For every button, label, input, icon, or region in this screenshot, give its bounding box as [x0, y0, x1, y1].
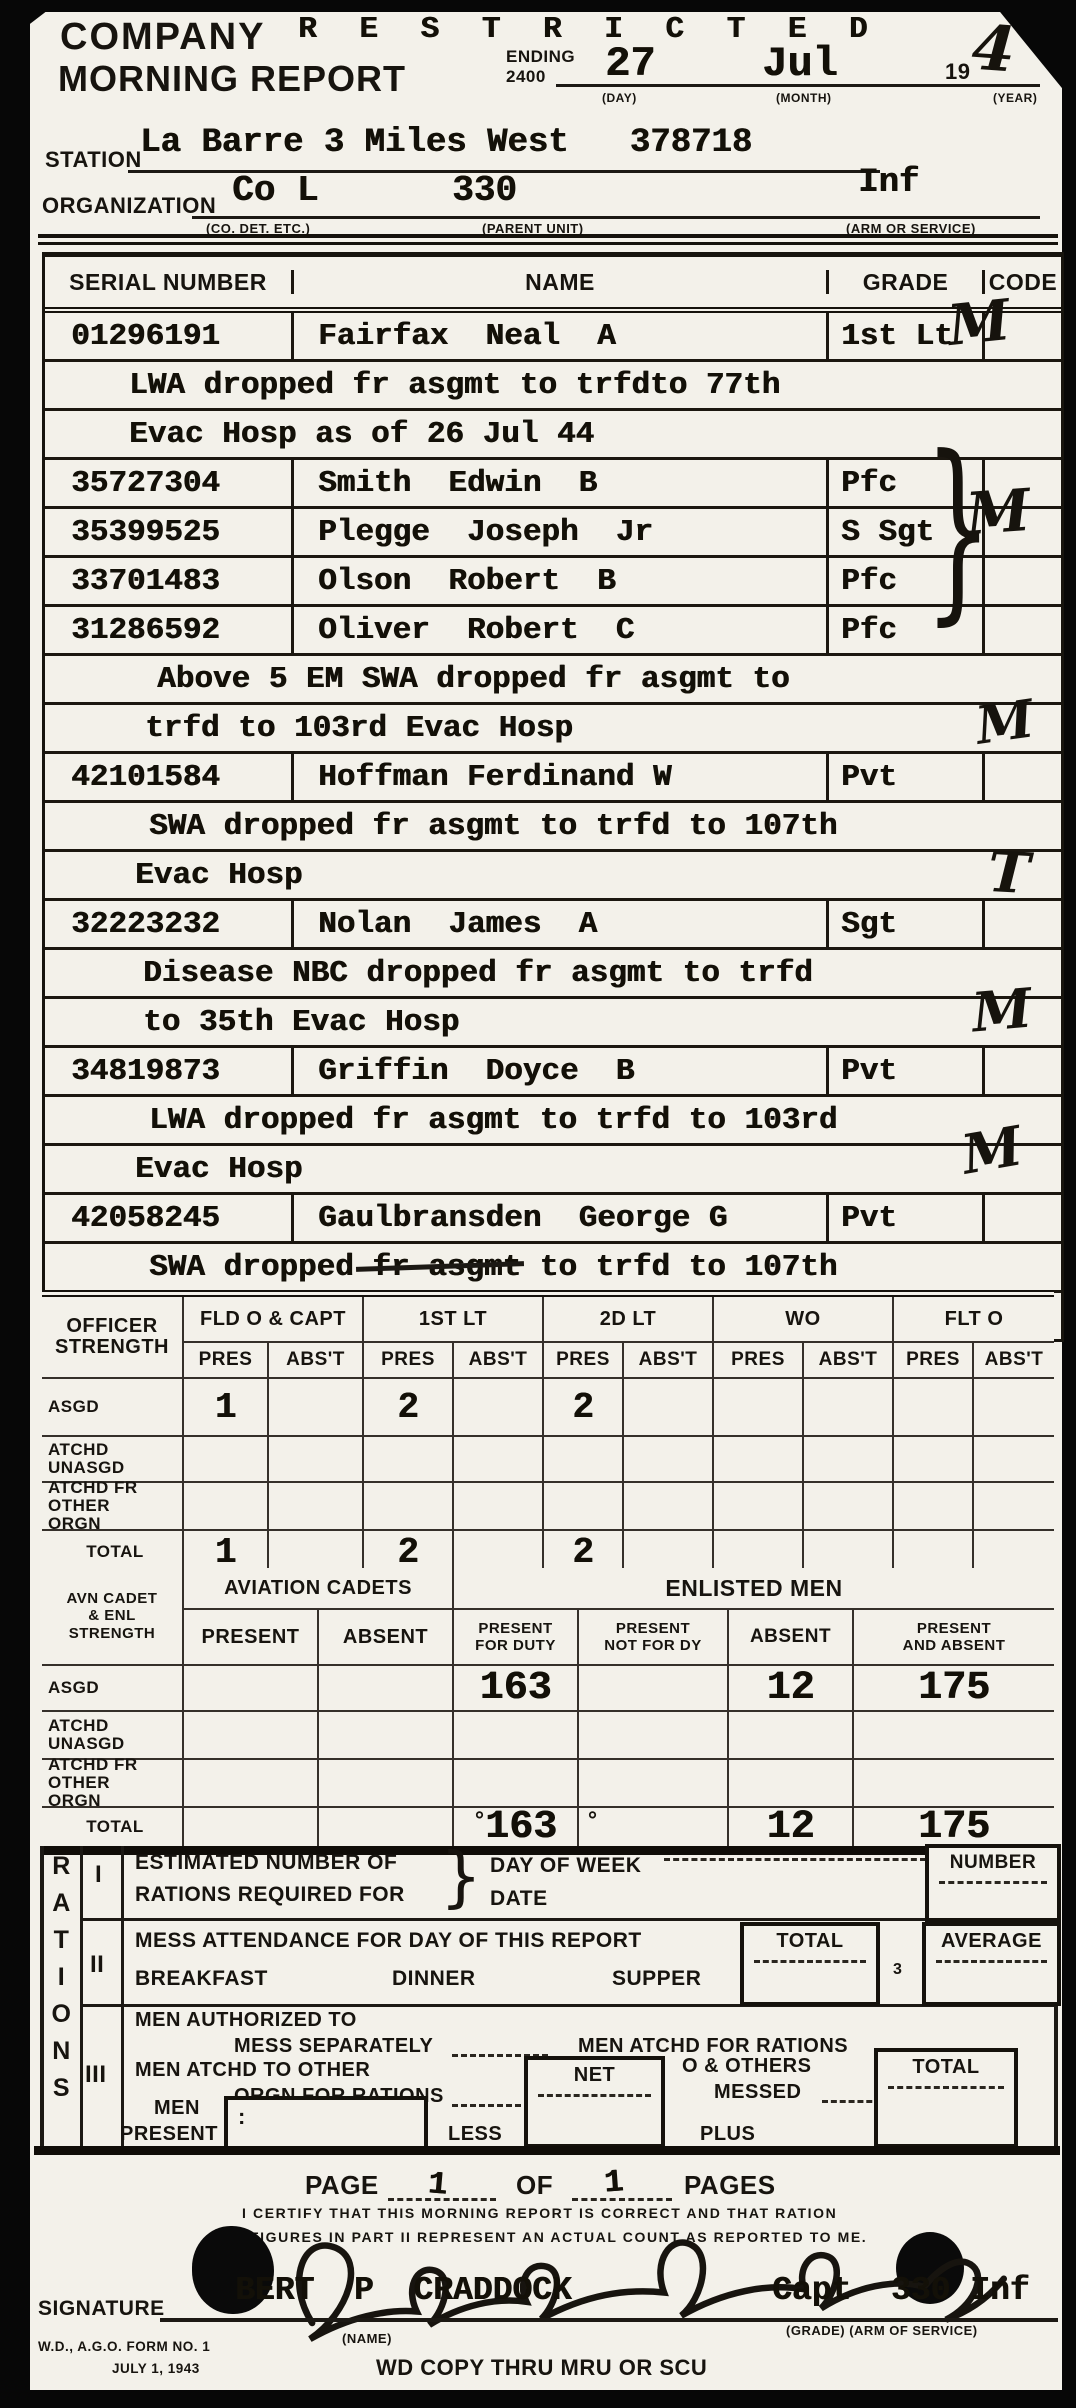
- men-authorized-label: MEN AUTHORIZED TO: [135, 2010, 357, 2031]
- asgd-present-for-duty: 163: [452, 1664, 577, 1710]
- day-of-week-blank: [664, 1858, 926, 1861]
- roster-continuation-row: LWA dropped fr asgmt to trfdto 77th: [45, 362, 1061, 411]
- roster-continuation-row: Above 5 EM SWA dropped fr asgmt to: [45, 656, 1061, 705]
- year-prefix: 19: [945, 60, 970, 83]
- empty-cell: [972, 1377, 1054, 1435]
- empty-cell: [852, 1710, 1054, 1758]
- name-value: Plegge Joseph Jr: [294, 515, 653, 550]
- estimated-rations-label2: RATIONS REQUIRED FOR: [135, 1884, 405, 1906]
- rations-strip-divider: [80, 1846, 83, 2152]
- group-2d-lt: 2D LT: [542, 1297, 712, 1341]
- roster-continuation-row: LWA dropped fr asgmt to trfd to 103rd: [45, 1097, 1061, 1146]
- empty-cell: [622, 1435, 712, 1481]
- signed-name-typed: BERT P CRADDOCK: [235, 2272, 572, 2309]
- name-value: Nolan James A: [294, 907, 597, 942]
- less-label: LESS: [448, 2124, 502, 2145]
- roster-continuation-row: trfd to 103rd Evac Hosp: [45, 705, 1061, 754]
- morning-report-scan: COMPANY MORNING REPORT R E S T R I C T E…: [0, 0, 1076, 2408]
- rations-brace: }: [440, 1838, 482, 1915]
- empty-cell: [712, 1481, 802, 1529]
- rations-left-border: [40, 1846, 44, 2152]
- empty-cell: [892, 1481, 972, 1529]
- grade-value: Sgt: [829, 907, 897, 942]
- row-label-asgd: ASGD: [42, 1664, 182, 1710]
- name-value: Hoffman Ferdinand W: [294, 760, 671, 795]
- serial-value: 42058245: [45, 1201, 220, 1236]
- roster-row: 35727304 Smith Edwin B Pfc: [45, 460, 1061, 509]
- station-label: STATION: [45, 148, 142, 171]
- group-1st-lt: 1ST LT: [362, 1297, 542, 1341]
- empty-cell: [622, 1377, 712, 1435]
- grade-value: Pfc: [829, 466, 897, 501]
- empty-cell: [802, 1529, 892, 1573]
- empty-cell: [317, 1806, 452, 1846]
- month-sublabel: (MONTH): [776, 92, 831, 105]
- messed-label: MESSED: [714, 2082, 801, 2103]
- page-label: PAGE: [305, 2172, 379, 2199]
- handwritten-code-mark: T: [986, 839, 1031, 907]
- report-month-value: Jul: [762, 40, 838, 88]
- organization-underline: [192, 216, 1040, 219]
- remark-text: Above 5 EM SWA dropped fr asgmt to: [157, 662, 790, 697]
- part-iii-numeral: III: [85, 2062, 107, 2087]
- name-value: Oliver Robert C: [294, 613, 634, 648]
- abst-header: ABS'T: [622, 1341, 712, 1377]
- remark-text: LWA dropped fr asgmt to trfd to 103rd: [149, 1103, 837, 1138]
- empty-cell: [317, 1710, 452, 1758]
- empty-cell: [727, 1758, 852, 1806]
- empty-cell: [182, 1664, 317, 1710]
- name-value: Smith Edwin B: [294, 466, 597, 501]
- empty-cell: [362, 1435, 452, 1481]
- roster-row: 42101584 Hoffman Ferdinand W Pvt: [45, 754, 1061, 803]
- col-av-present: PRESENT: [182, 1608, 317, 1664]
- year-handwritten: 4: [970, 11, 1018, 87]
- ending-label: ENDING: [506, 48, 575, 66]
- total-present-and-absent: 175: [852, 1806, 1054, 1846]
- empty-cell: [452, 1377, 542, 1435]
- rations-part2-divider: [80, 2004, 1057, 2007]
- roster-continuation-row: to 35th Evac Hosp: [45, 999, 1061, 1048]
- empty-cell: [972, 1481, 1054, 1529]
- mess-average-box: AVERAGE: [922, 1922, 1061, 2006]
- part-i-numeral: I: [95, 1862, 102, 1887]
- pres-header: PRES: [892, 1341, 972, 1377]
- group-enlisted-men: ENLISTED MEN: [452, 1568, 1054, 1608]
- empty-cell: [452, 1758, 577, 1806]
- pres-header: PRES: [542, 1341, 622, 1377]
- officer-strength-table: OFFICER STRENGTH FLD O & CAPT 1ST LT 2D …: [42, 1290, 1054, 1577]
- col-present-not-for-duty: PRESENT NOT FOR DY: [577, 1608, 727, 1664]
- roster-row: 32223232 Nolan James A Sgt: [45, 901, 1061, 950]
- breakfast-label: BREAKFAST: [135, 1968, 268, 1990]
- roster-continuation-row: SWA dropped fr asgmt to trfd to 107th: [45, 803, 1061, 852]
- col-present-and-absent: PRESENT AND ABSENT: [852, 1608, 1054, 1664]
- men-atchd-for-rations-label: MEN ATCHD FOR RATIONS: [578, 2036, 848, 2057]
- men-atchd-other-label1: MEN ATCHD TO OTHER: [135, 2060, 370, 2081]
- group-fldo-capt: FLD O & CAPT: [182, 1297, 362, 1341]
- roster-row: 01296191 Fairfax Neal A 1st Lt: [45, 313, 1061, 362]
- empty-cell: [267, 1481, 362, 1529]
- asgd-absent: 12: [727, 1664, 852, 1710]
- group-flt-o: FLT O: [892, 1297, 1054, 1341]
- group-wo: WO: [712, 1297, 892, 1341]
- remark-text: SWA dropped fr asgmt to trfd to 107th: [149, 809, 837, 844]
- pres-header: PRES: [182, 1341, 267, 1377]
- grade-value: 1st Lt: [829, 319, 953, 354]
- empty-cell: [182, 1806, 317, 1846]
- mess-attendance-label: MESS ATTENDANCE FOR DAY OF THIS REPORT: [135, 1930, 642, 1952]
- empty-cell: [317, 1758, 452, 1806]
- name-header: NAME: [291, 270, 826, 294]
- handwritten-code-mark: M: [969, 976, 1034, 1045]
- grade-value: Pvt: [829, 1054, 897, 1089]
- serial-value: 01296191: [45, 319, 220, 354]
- empty-cell: [802, 1377, 892, 1435]
- empty-cell: [182, 1710, 317, 1758]
- empty-cell: [892, 1529, 972, 1573]
- certification-line1: I CERTIFY THAT THIS MORNING REPORT IS CO…: [242, 2206, 837, 2221]
- remark-text: Evac Hosp: [135, 1152, 302, 1187]
- empty-cell: [452, 1435, 542, 1481]
- part-ii-numeral: II: [90, 1952, 104, 1977]
- page-number-blank: [388, 2198, 496, 2201]
- total-fldo-pres: 1: [182, 1529, 267, 1573]
- signature-line: [160, 2318, 1058, 2322]
- empty-cell: [267, 1377, 362, 1435]
- empty-cell: [182, 1758, 317, 1806]
- empty-cell: [577, 1664, 727, 1710]
- handwritten-code-mark: M: [945, 287, 1014, 359]
- abst-header: ABS'T: [802, 1341, 892, 1377]
- empty-cell: [267, 1529, 362, 1573]
- name-value: Fairfax Neal A: [294, 319, 616, 354]
- asgd-1stlt-pres: 2: [362, 1377, 452, 1435]
- rations-bottom-rule: [34, 2146, 1060, 2155]
- roster-row: 33701483 Olson Robert B Pfc: [45, 558, 1061, 607]
- row-label-atchd-fr: ATCHD FR OTHER ORGN: [42, 1758, 182, 1806]
- serial-value: 33701483: [45, 564, 220, 599]
- asgd-fldo-pres: 1: [182, 1377, 267, 1435]
- empty-cell: [577, 1758, 727, 1806]
- org-unit-value: Co L: [232, 170, 318, 211]
- row-label-total: TOTAL: [42, 1529, 182, 1573]
- empty-cell: [542, 1481, 622, 1529]
- estimated-rations-label1: ESTIMATED NUMBER OF: [135, 1852, 397, 1874]
- enlisted-strength-table: AVN CADET & ENL STRENGTH AVIATION CADETS…: [42, 1568, 1054, 1855]
- day-sublabel: (DAY): [602, 92, 637, 105]
- wd-copy-note: WD COPY THRU MRU OR SCU: [376, 2356, 707, 2379]
- grade-value: S Sgt: [829, 515, 934, 550]
- remark-text: Evac Hosp as of 26 Jul 44: [129, 417, 594, 452]
- empty-cell: [972, 1529, 1054, 1573]
- pages-total-blank: [572, 2198, 672, 2201]
- net-box: NET: [524, 2056, 665, 2148]
- rations-numeral-divider: [121, 1846, 124, 2152]
- header-divider-rule: [38, 234, 1058, 245]
- empty-cell: [622, 1481, 712, 1529]
- empty-cell: [972, 1435, 1054, 1481]
- signed-grade-typed: Capt 330 Inf: [772, 2272, 1029, 2309]
- pres-header: PRES: [362, 1341, 452, 1377]
- o-and-others-label: O & OTHERS: [682, 2056, 811, 2077]
- empty-cell: [182, 1435, 267, 1481]
- remark-text: Disease NBC dropped fr asgmt to trfd: [143, 956, 813, 991]
- group-aviation-cadets: AVIATION CADETS: [182, 1568, 452, 1608]
- handwritten-code-mark: M: [957, 1113, 1027, 1186]
- remark-text: Evac Hosp: [135, 858, 302, 893]
- roster-row: 34819873 Griffin Doyce B Pvt: [45, 1048, 1061, 1097]
- grade-arm-sublabel: (GRADE) (ARM OF SERVICE): [786, 2324, 978, 2338]
- empty-cell: [317, 1664, 452, 1710]
- abst-header: ABS'T: [452, 1341, 542, 1377]
- grade-value: Pfc: [829, 564, 897, 599]
- empty-cell: [712, 1529, 802, 1573]
- form-title-line1: COMPANY: [60, 18, 265, 58]
- roster-continuation-row: SWA dropped fr asgmt to trfd to 107th: [45, 1244, 1061, 1293]
- col-absent: ABSENT: [727, 1608, 852, 1664]
- empty-cell: [542, 1435, 622, 1481]
- col-present-for-duty: PRESENT FOR DUTY: [452, 1608, 577, 1664]
- day-of-week-label: DAY OF WEEK: [490, 1855, 641, 1877]
- row-label-total: TOTAL: [42, 1806, 182, 1846]
- asgd-present-and-absent: 175: [852, 1664, 1054, 1710]
- empty-cell: [182, 1481, 267, 1529]
- serial-value: 32223232: [45, 907, 220, 942]
- row-label-atchd-fr: ATCHD FR OTHER ORGN: [42, 1481, 182, 1529]
- total-1stlt-pres: 2: [362, 1529, 452, 1573]
- grade-value: Pvt: [829, 1201, 897, 1236]
- empty-cell: [577, 1710, 727, 1758]
- pages-label: PAGES: [684, 2172, 776, 2199]
- remark-text: trfd to 103rd Evac Hosp: [145, 711, 573, 746]
- date-underline: [556, 84, 1040, 87]
- plus-label: PLUS: [700, 2124, 755, 2145]
- serial-value: 31286592: [45, 613, 220, 648]
- mess-footnote: 3: [893, 1962, 902, 1979]
- form-title-line2: MORNING REPORT: [58, 60, 406, 98]
- signature-label: SIGNATURE: [38, 2298, 165, 2320]
- empty-cell: [892, 1435, 972, 1481]
- empty-cell: [802, 1435, 892, 1481]
- rations-part1-divider: [80, 1918, 1057, 1921]
- roster-continuation-row: Disease NBC dropped fr asgmt to trfd: [45, 950, 1061, 999]
- empty-cell: [452, 1529, 542, 1573]
- empty-cell: [712, 1435, 802, 1481]
- org-arm-value: Inf: [858, 164, 919, 202]
- enlisted-strength-stub: AVN CADET & ENL STRENGTH: [42, 1568, 182, 1664]
- number-box: NUMBER: [925, 1844, 1061, 1922]
- year-sublabel: (YEAR): [993, 92, 1037, 105]
- abst-header: ABS'T: [972, 1341, 1054, 1377]
- name-sublabel: (NAME): [342, 2332, 392, 2346]
- row-label-atchd-unasgd: ATCHD UNASGD: [42, 1710, 182, 1758]
- ending-2400-label: 2400: [506, 68, 546, 86]
- roster-continuation-row: Evac Hosp: [45, 1146, 1061, 1195]
- roster-header-row: SERIAL NUMBER NAME GRADE CODE: [45, 257, 1061, 313]
- grade-value: Pfc: [829, 613, 897, 648]
- roster-continuation-row: Evac Hosp as of 26 Jul 44: [45, 411, 1061, 460]
- mess-separately-label: MESS SEPARATELY: [234, 2036, 433, 2057]
- empty-cell: [712, 1377, 802, 1435]
- report-day-value: 27: [605, 40, 655, 88]
- serial-number-header: SERIAL NUMBER: [45, 270, 291, 294]
- officer-strength-stub: OFFICER STRENGTH: [42, 1297, 182, 1377]
- row-label-asgd: ASGD: [42, 1377, 182, 1435]
- empty-cell: [852, 1758, 1054, 1806]
- roster-row: 31286592 Oliver Robert C Pfc: [45, 607, 1061, 656]
- name-value: Griffin Doyce B: [294, 1054, 634, 1089]
- remark-text: to 35th Evac Hosp: [143, 1005, 459, 1040]
- abst-header: ABS'T: [267, 1341, 362, 1377]
- serial-value: 42101584: [45, 760, 220, 795]
- empty-cell: [362, 1481, 452, 1529]
- empty-cell: [452, 1710, 577, 1758]
- rations-total-box: TOTAL: [874, 2048, 1018, 2148]
- empty-cell: [452, 1481, 542, 1529]
- mess-total-box: TOTAL: [740, 1922, 880, 2006]
- row-label-atchd-unasgd: ATCHD UNASGD: [42, 1435, 182, 1481]
- empty-cell: [622, 1529, 712, 1573]
- roster-row: 35399525 Plegge Joseph Jr S Sgt: [45, 509, 1061, 558]
- roster-table: SERIAL NUMBER NAME GRADE CODE 01296191 F…: [42, 252, 1064, 1342]
- col-av-absent: ABSENT: [317, 1608, 452, 1664]
- rations-vertical-label: RATIONS: [48, 1852, 74, 2152]
- serial-value: 34819873: [45, 1054, 220, 1089]
- org-parent-value: 330: [452, 170, 517, 211]
- handwritten-code-mark: M: [964, 476, 1033, 548]
- dinner-label: DINNER: [392, 1968, 476, 1990]
- empty-cell: [267, 1435, 362, 1481]
- name-value: Olson Robert B: [294, 564, 616, 599]
- name-value: Gaulbransden George G: [294, 1201, 727, 1236]
- serial-value: 35727304: [45, 466, 220, 501]
- form-date: JULY 1, 1943: [112, 2362, 200, 2376]
- pages-total: 1: [603, 2163, 625, 2201]
- handwritten-code-mark: M: [972, 688, 1037, 756]
- total-2dlt-pres: 2: [542, 1529, 622, 1573]
- asgd-2dlt-pres: 2: [542, 1377, 622, 1435]
- men-word: MEN: [154, 2098, 200, 2119]
- serial-value: 35399525: [45, 515, 220, 550]
- organization-label: ORGANIZATION: [42, 194, 216, 217]
- of-label: OF: [516, 2172, 553, 2199]
- grade-value: Pvt: [829, 760, 897, 795]
- date-label: DATE: [490, 1888, 548, 1910]
- roster-row: 42058245 Gaulbransden George G Pvt: [45, 1195, 1061, 1244]
- station-value: La Barre 3 Miles West 378718: [140, 124, 752, 162]
- present-word: PRESENT: [120, 2124, 218, 2145]
- supper-label: SUPPER: [612, 1968, 701, 1990]
- remark-text: LWA dropped fr asgmt to trfdto 77th: [129, 368, 780, 403]
- grade-header: GRADE: [826, 270, 982, 294]
- total-absent: 12: [727, 1806, 852, 1846]
- empty-cell: [892, 1377, 972, 1435]
- certification-line2: FIGURES IN PART II REPRESENT AN ACTUAL C…: [250, 2230, 867, 2245]
- total-present-not-for-duty: °: [577, 1806, 727, 1846]
- empty-cell: [802, 1481, 892, 1529]
- pres-header: PRES: [712, 1341, 802, 1377]
- form-id: W.D., A.G.O. FORM NO. 1: [38, 2340, 210, 2354]
- roster-continuation-row: Evac Hosp: [45, 852, 1061, 901]
- empty-cell: [727, 1710, 852, 1758]
